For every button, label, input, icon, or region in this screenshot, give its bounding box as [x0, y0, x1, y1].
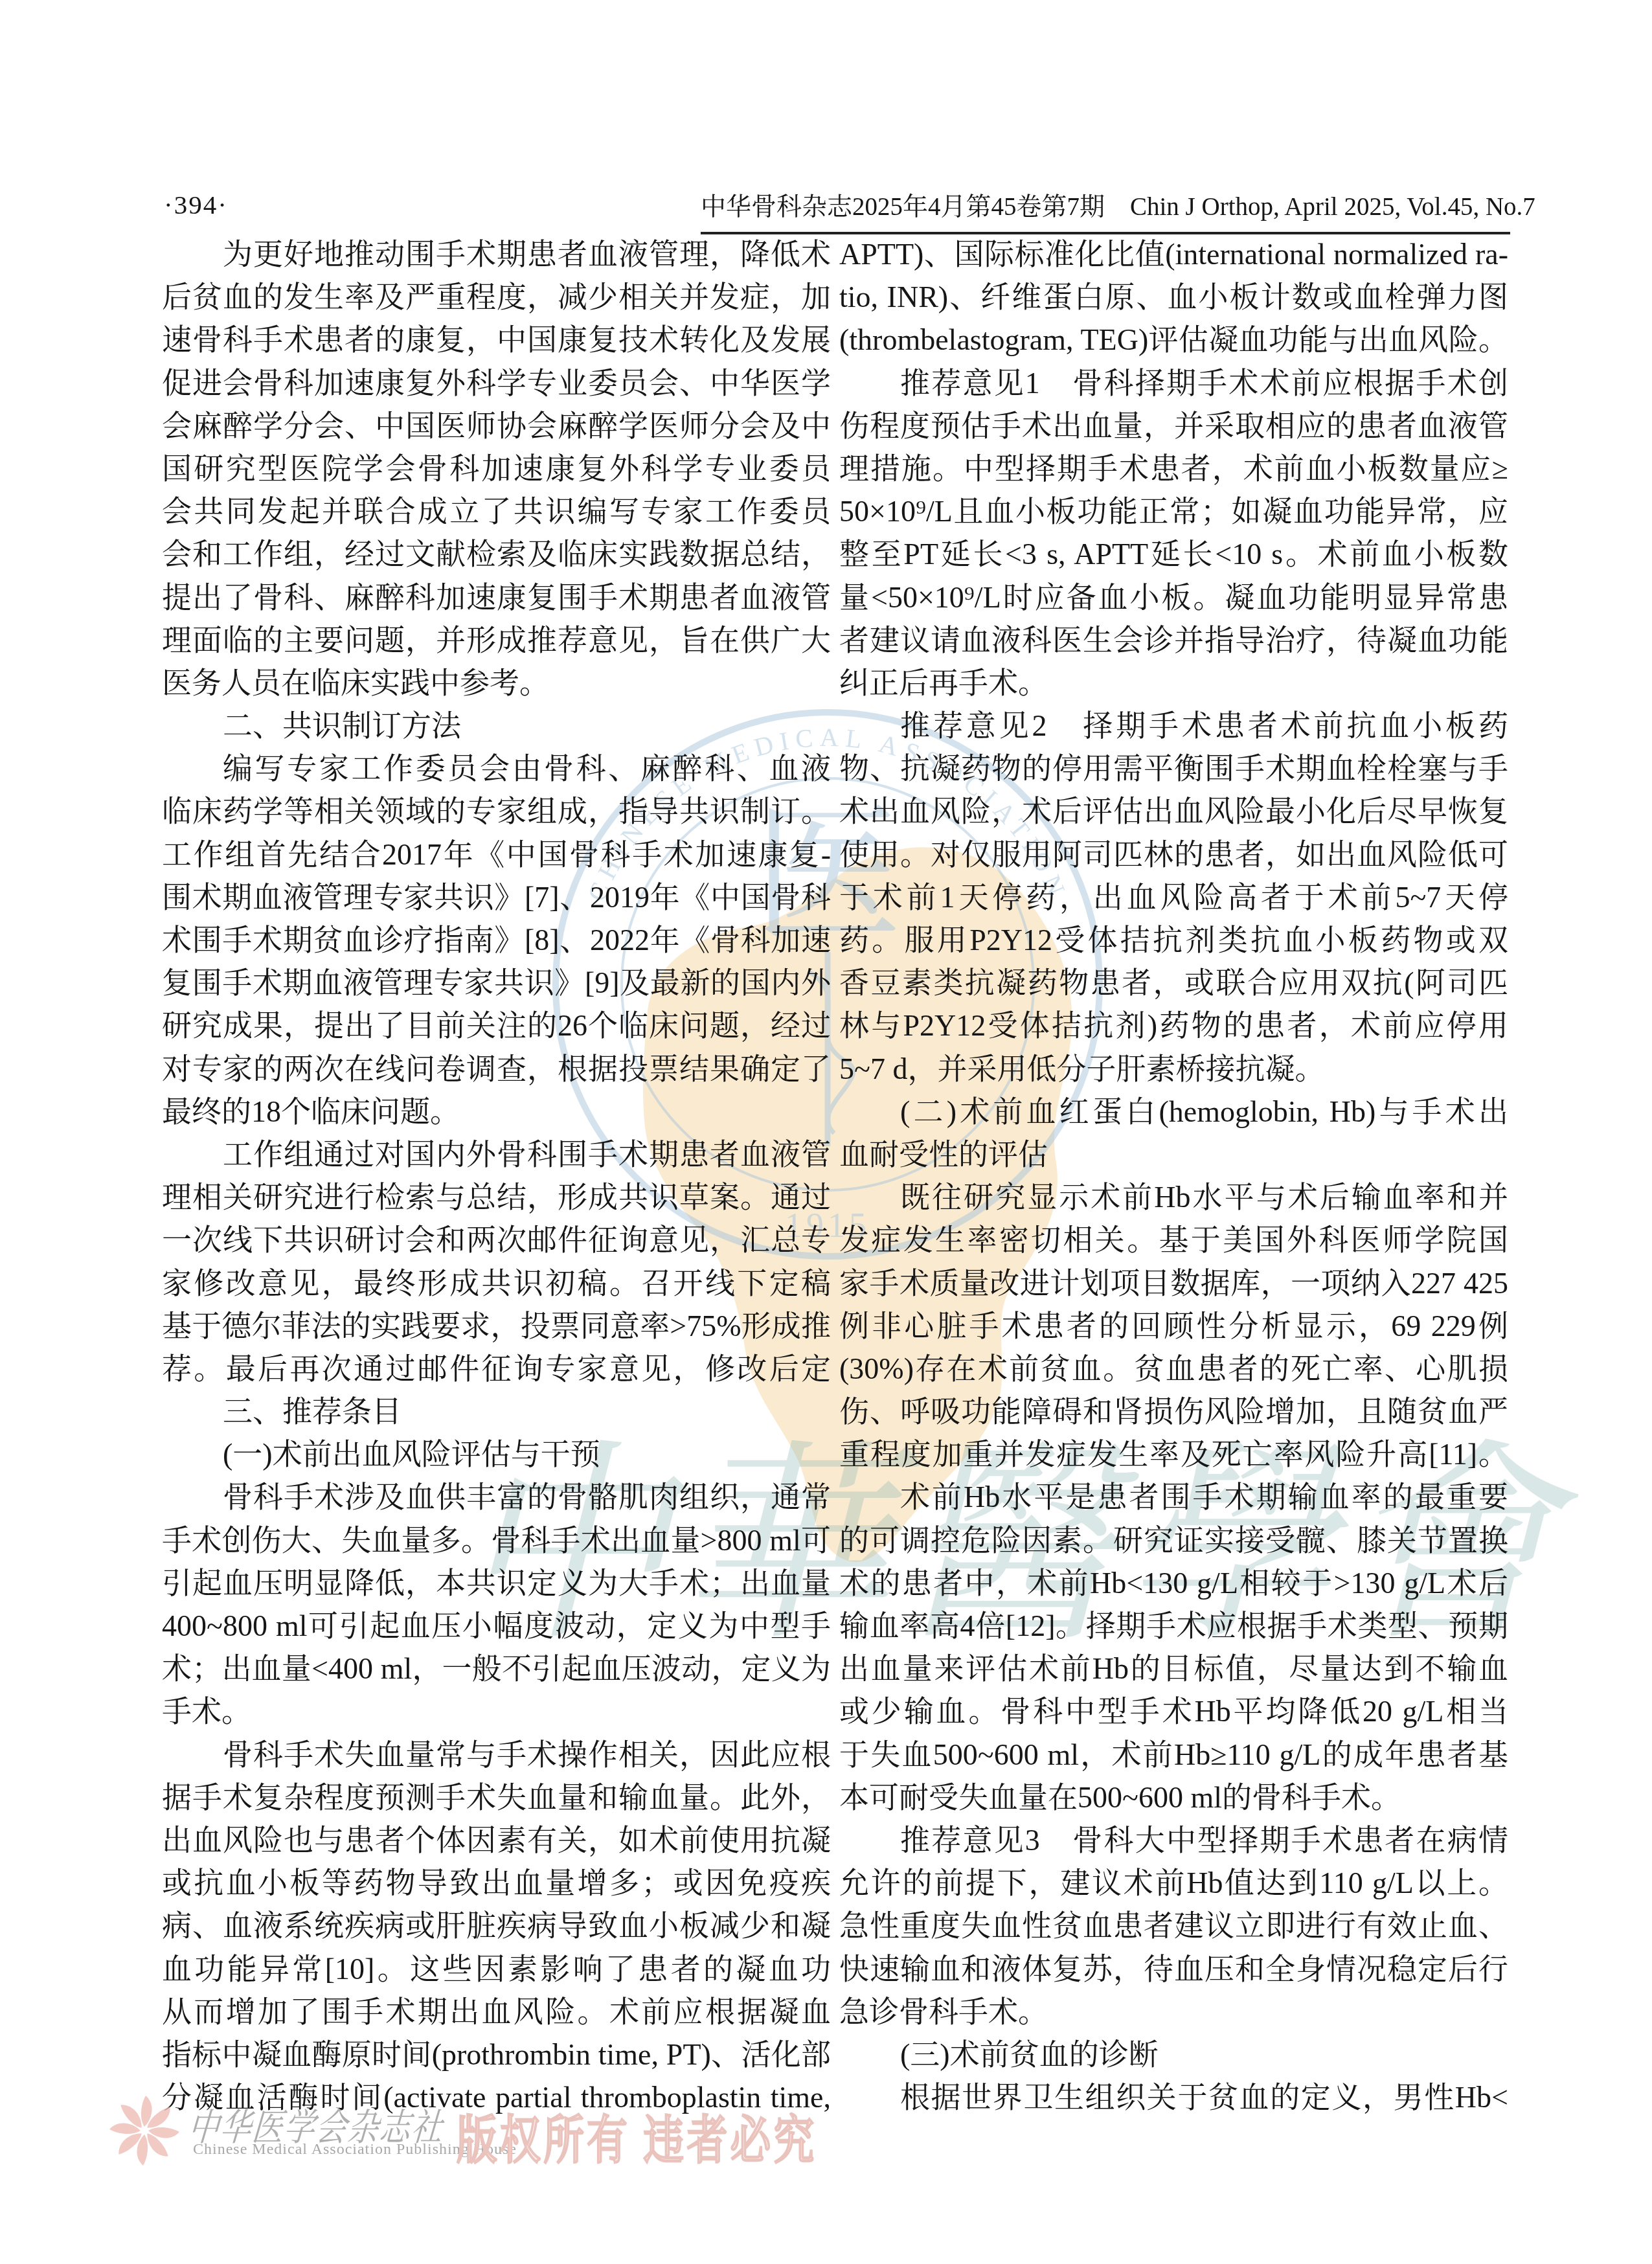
text-line: (30%)存在术前贫血。贫血患者的死亡率、心肌损 — [839, 1348, 1508, 1390]
text-line: 例非心脏手术患者的回顾性分析显示，69 229例 — [839, 1305, 1508, 1348]
text-line: 工作组通过对国内外骨科围手术期患者血液管 — [162, 1133, 831, 1176]
text-line: 或少输血。骨科中型手术Hb平均降低20 g/L相当 — [839, 1690, 1508, 1733]
text-line: 药。服用P2Y12受体拮抗剂类抗血小板药物或双 — [839, 919, 1508, 962]
text-line: 既往研究显示术前Hb水平与术后输血率和并 — [839, 1176, 1508, 1219]
text-line: 后贫血的发生率及严重程度，减少相关并发症，加 — [162, 276, 831, 319]
text-line: 物、抗凝药物的停用需平衡围手术期血栓栓塞与手 — [839, 747, 1508, 790]
text-line: 术的患者中，术前Hb<130 g/L相较于>130 g/L术后 — [839, 1562, 1508, 1605]
text-line: 骨科手术失血量常与手术操作相关，因此应根 — [162, 1734, 831, 1776]
text-line: (二)术前血红蛋白(hemoglobin, Hb)与手术出 — [839, 1091, 1508, 1133]
text-line: 术；出血量<400 ml，一般不引起血压波动，定义为小 — [162, 1647, 831, 1690]
text-line: 会麻醉学分会、中国医师协会麻醉学医师分会及中 — [162, 405, 831, 447]
text-line: 手术创伤大、失血量多。骨科手术出血量>800 ml可 — [162, 1519, 831, 1562]
text-line: 国研究型医院学会骨科加速康复外科学专业委员 — [162, 447, 831, 490]
text-line: 三、推荐条目 — [162, 1390, 831, 1433]
text-line: 50×10⁹/L且血小板功能正常；如凝血功能异常，应调 — [839, 490, 1508, 533]
text-line: 于失血500~600 ml，术前Hb≥110 g/L的成年患者基 — [839, 1734, 1508, 1776]
text-line: 血耐受性的评估 — [839, 1133, 1508, 1176]
text-line: 输血率高4倍[12]。择期手术应根据手术类型、预期 — [839, 1605, 1508, 1647]
text-line: 手术。 — [162, 1690, 831, 1733]
text-line: 研究成果，提出了目前关注的26个临床问题，经过 — [162, 1004, 831, 1047]
journal-page: CHINESE MEDICAL ASSOCIATION 医 1915 中華醫學會… — [0, 0, 1652, 2264]
copyright-watermark: 版权所有 违者必究 — [457, 2098, 817, 2173]
text-line: 理面临的主要问题，并形成推荐意见，旨在供广大 — [162, 619, 831, 662]
text-line: 据手术复杂程度预测手术失血量和输血量。此外， — [162, 1776, 831, 1819]
text-line: 二、共识制订方法 — [162, 705, 831, 747]
text-line: (一)术前出血风险评估与干预 — [162, 1433, 831, 1476]
text-line: 术出血风险，术后评估出血风险最小化后尽早恢复 — [839, 790, 1508, 833]
text-line: 术前Hb水平是患者围手术期输血率的最重要 — [839, 1476, 1508, 1519]
text-line: 出血风险也与患者个体因素有关，如术前使用抗凝 — [162, 1819, 831, 1862]
text-line: 血功能异常[10]。这些因素影响了患者的凝血功能， — [162, 1948, 831, 1991]
text-line: (thrombelastogram, TEG)评估凝血功能与出血风险。 — [839, 319, 1508, 361]
text-line: 会共同发起并联合成立了共识编写专家工作委员 — [162, 490, 831, 533]
text-line: 量<50×10⁹/L时应备血小板。凝血功能明显异常患 — [839, 576, 1508, 619]
left-text-column: 为更好地推动围手术期患者血液管理，降低术后贫血的发生率及严重程度，减少相关并发症… — [162, 233, 831, 2119]
text-line: 从而增加了围手术期出血风险。术前应根据凝血 — [162, 1991, 831, 2033]
text-line: 复围手术期血液管理专家共识》[9]及最新的国内外 — [162, 962, 831, 1004]
text-line: 香豆素类抗凝药物患者，或联合应用双抗(阿司匹 — [839, 962, 1508, 1004]
text-line: 出血量来评估术前Hb的目标值，尽量达到不输血 — [839, 1647, 1508, 1690]
text-line: 速骨科手术患者的康复，中国康复技术转化及发展 — [162, 319, 831, 361]
text-line: 基于德尔菲法的实践要求，投票同意率>75%形成推 — [162, 1305, 831, 1348]
text-line: 推荐意见3 骨科大中型择期手术患者在病情 — [839, 1819, 1508, 1862]
publisher-footer: 中华医学会杂志社 Chinese Medical Association Pub… — [0, 2085, 1652, 2241]
text-line: 理相关研究进行检索与总结，形成共识草案。通过 — [162, 1176, 831, 1219]
text-line: 纠正后再手术。 — [839, 662, 1508, 705]
text-line: 者建议请血液科医生会诊并指导治疗，待凝血功能 — [839, 619, 1508, 662]
text-line: 促进会骨科加速康复外科学专业委员会、中华医学 — [162, 362, 831, 405]
text-line: 本可耐受失血量在500~600 ml的骨科手术。 — [839, 1776, 1508, 1819]
text-line: 指标中凝血酶原时间(prothrombin time, PT)、活化部 — [162, 2033, 831, 2076]
text-line: 骨科手术涉及血供丰富的骨骼肌肉组织，通常 — [162, 1476, 831, 1519]
text-line: 伤程度预估手术出血量，并采取相应的患者血液管 — [839, 405, 1508, 447]
text-line: 的可调控危险因素。研究证实接受髋、膝关节置换 — [839, 1519, 1508, 1562]
text-line: 推荐意见1 骨科择期手术术前应根据手术创 — [839, 362, 1508, 405]
text-line: 于术前1天停药，出血风险高者于术前5~7天停 — [839, 876, 1508, 919]
text-line: (三)术前贫血的诊断 — [839, 2033, 1508, 2076]
text-line: 一次线下共识研讨会和两次邮件征询意见，汇总专 — [162, 1219, 831, 1262]
text-line: 使用。对仅服用阿司匹林的患者，如出血风险低可 — [839, 833, 1508, 876]
journal-header-line: 中华骨科杂志2025年4月第45卷第7期 Chin J Orthop, Apri… — [701, 187, 1510, 234]
text-line: 伤、呼吸功能障碍和肾损伤风险增加，且随贫血严 — [839, 1390, 1508, 1433]
text-line: 快速输血和液体复苏，待血压和全身情况稳定后行 — [839, 1948, 1508, 1991]
text-line: 工作组首先结合2017年《中国骨科手术加速康复- — [162, 833, 831, 876]
text-line: 重程度加重并发症发生率及死亡率风险升高[11]。 — [839, 1433, 1508, 1476]
text-line: 临床药学等相关领域的专家组成，指导共识制订。 — [162, 790, 831, 833]
text-line: APTT)、国际标准化比值(international normalized r… — [839, 233, 1508, 276]
text-line: 或抗血小板等药物导致出血量增多；或因免疫疾 — [162, 1862, 831, 1905]
publisher-flower-icon — [106, 2092, 183, 2169]
text-line: 为更好地推动围手术期患者血液管理，降低术 — [162, 233, 831, 276]
text-line: 编写专家工作委员会由骨科、麻醉科、血液科、 — [162, 747, 831, 790]
text-line: tio, INR)、纤维蛋白原、血小板计数或血栓弹力图 — [839, 276, 1508, 319]
text-line: 对专家的两次在线问卷调查，根据投票结果确定了 — [162, 1048, 831, 1091]
page-number: ·394· — [164, 189, 228, 220]
text-line: 医务人员在临床实践中参考。 — [162, 662, 831, 705]
text-line: 理措施。中型择期手术患者，术前血小板数量应≥ — [839, 447, 1508, 490]
text-line: 家手术质量改进计划项目数据库，一项纳入227 425 — [839, 1262, 1508, 1305]
right-text-column: APTT)、国际标准化比值(international normalized r… — [839, 233, 1508, 2119]
text-line: 会和工作组，经过文献检索及临床实践数据总结， — [162, 533, 831, 576]
text-line: 围术期血液管理专家共识》[7]、2019年《中国骨科手 — [162, 876, 831, 919]
text-line: 允许的前提下，建议术前Hb值达到110 g/L以上。 — [839, 1862, 1508, 1905]
text-line: 急诊骨科手术。 — [839, 1991, 1508, 2033]
text-line: 整至PT延长<3 s, APTT延长<10 s。术前血小板数 — [839, 533, 1508, 576]
text-line: 推荐意见2 择期手术患者术前抗血小板药 — [839, 705, 1508, 747]
text-line: 林与P2Y12受体拮抗剂)药物的患者，术前应停用 — [839, 1004, 1508, 1047]
text-line: 病、血液系统疾病或肝脏疾病导致血小板减少和凝 — [162, 1905, 831, 1947]
text-line: 5~7 d，并采用低分子肝素桥接抗凝。 — [839, 1048, 1508, 1091]
text-line: 发症发生率密切相关。基于美国外科医师学院国 — [839, 1219, 1508, 1262]
text-line: 提出了骨科、麻醉科加速康复围手术期患者血液管 — [162, 576, 831, 619]
text-line: 家修改意见，最终形成共识初稿。召开线下定稿会， — [162, 1262, 831, 1305]
text-line: 最终的18个临床问题。 — [162, 1091, 831, 1133]
text-line: 荐。最后再次通过邮件征询专家意见，修改后定稿。 — [162, 1348, 831, 1390]
text-line: 急性重度失血性贫血患者建议立即进行有效止血、 — [839, 1905, 1508, 1947]
text-line: 术围手术期贫血诊疗指南》[8]、2022年《骨科加速康 — [162, 919, 831, 962]
text-line: 400~800 ml可引起血压小幅度波动，定义为中型手 — [162, 1605, 831, 1647]
text-line: 引起血压明显降低，本共识定义为大手术；出血量 — [162, 1562, 831, 1605]
